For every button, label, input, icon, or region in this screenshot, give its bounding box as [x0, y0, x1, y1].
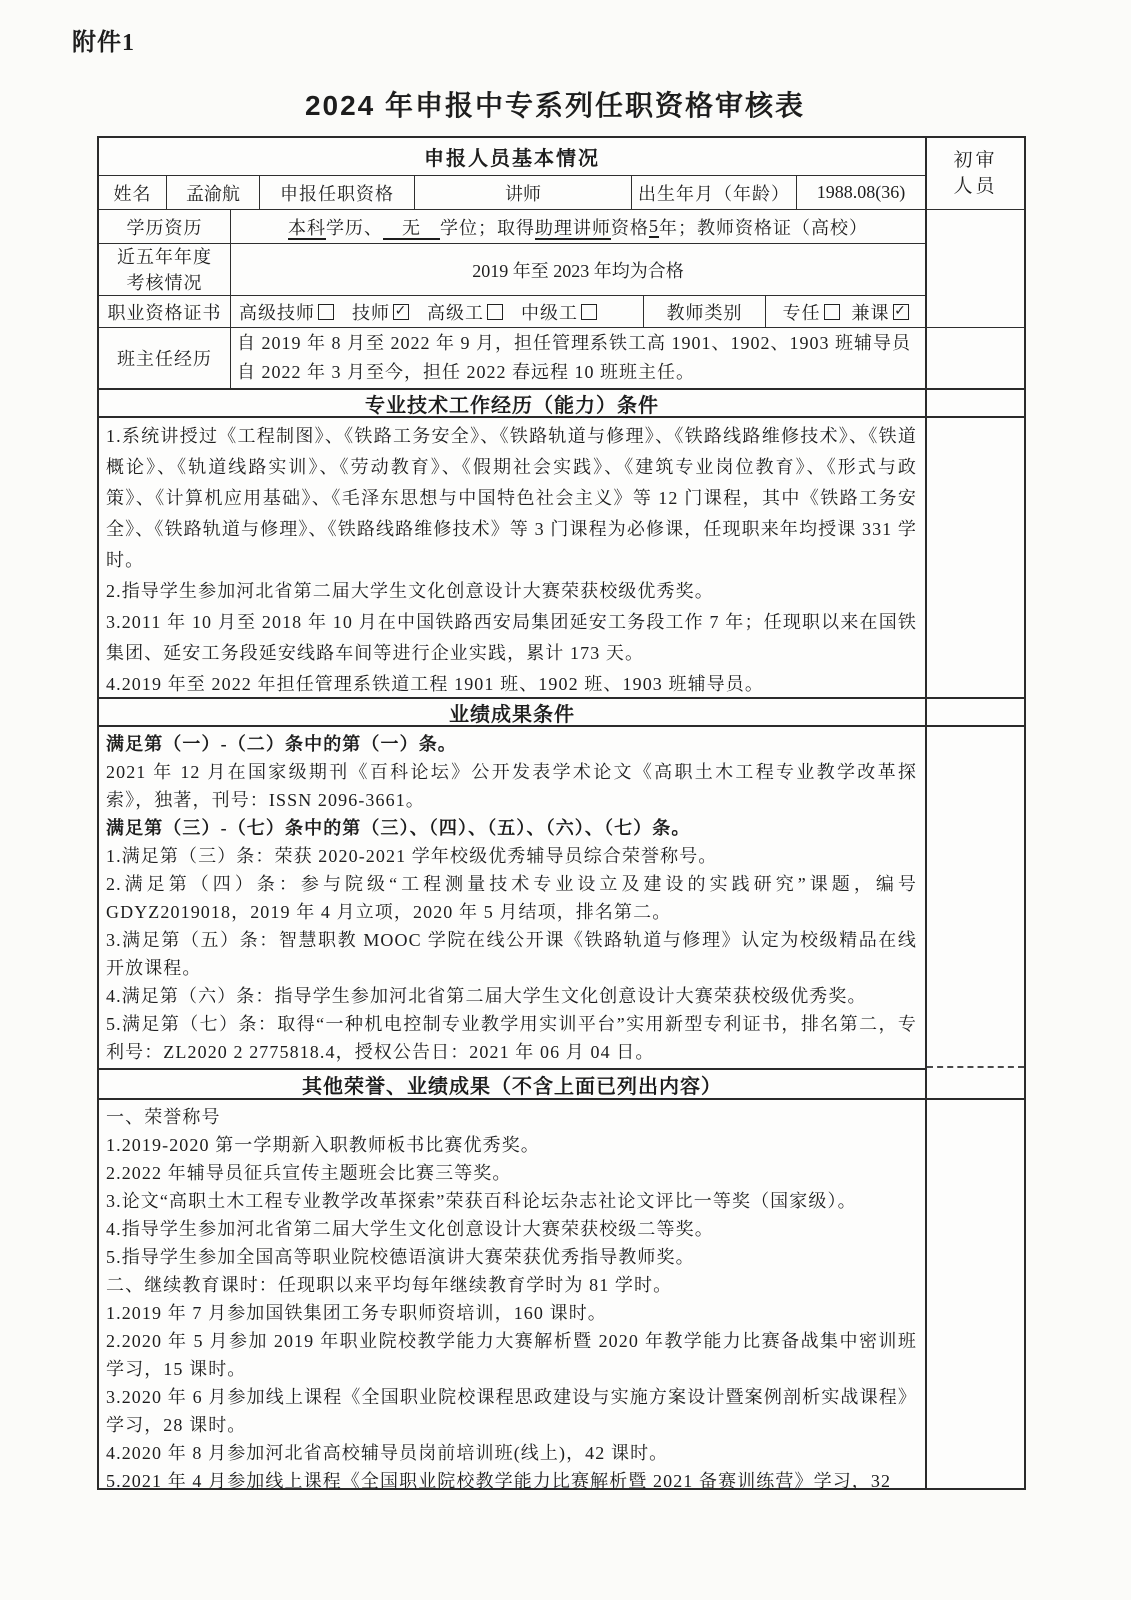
checkbox-senior-worker-box	[487, 304, 503, 320]
reviewer-cell-empty	[927, 697, 1024, 727]
tech-work-paragraph: 4.2019 年至 2022 年担任管理系铁道工程 1901 班、1902 班、…	[106, 669, 917, 697]
reviewer-column: 初审 人员	[925, 138, 1024, 1488]
checkbox-intermediate-worker: 中级工	[521, 299, 597, 325]
other-content: 一、荣誉称号 1.2019-2020 第一学期新入职教师板书比赛优秀奖。 2.2…	[99, 1100, 925, 1488]
checkbox-senior-technician-box	[318, 304, 334, 320]
section-title-other-text: 其他荣誉、业绩成果（不含上面已列出内容）	[302, 1070, 722, 1099]
performance-item: 满足第（三）-（七）条中的第（三）、（四）、（五）、（六）、（七）条。	[106, 814, 917, 842]
teacher-type-options: 专任 兼课✓	[783, 299, 909, 325]
assessment-label: 近五年年度 考核情况	[99, 244, 231, 295]
reviewer-cell-empty	[927, 328, 1024, 388]
education-seg-years: 5	[649, 216, 659, 237]
section-title-performance: 业绩成果条件	[99, 697, 925, 727]
head-teacher-line1: 自 2019 年 8 月至 2022 年 9 月，担任管理系铁工高 1901、1…	[237, 329, 911, 358]
checkbox-senior-worker-label: 高级工	[427, 299, 484, 325]
reviewer-cell-empty	[927, 1068, 1024, 1100]
other-paragraph: 5.指导学生参加全国高等职业院校德语演讲大赛荣获优秀指导教师奖。	[106, 1243, 917, 1271]
other-paragraph: 4.指导学生参加河北省第二届大学生文化创意设计大赛荣获校级二等奖。	[106, 1215, 917, 1243]
education-seg-7: 年；教师资格证（高校）	[659, 214, 868, 240]
checkbox-fulltime-label: 专任	[783, 299, 821, 325]
performance-item: 2021 年 12 月在国家级期刊《百科论坛》公开发表学术论文《高职土木工程专业…	[106, 758, 917, 814]
birth-label: 出生年月（年龄）	[632, 176, 797, 209]
vocational-cert-options: 高级技师 技师✓ 高级工 中级工	[231, 299, 597, 325]
reviewer-header-line1: 初审	[953, 148, 997, 174]
apply-qualification-value: 讲师	[415, 176, 632, 209]
other-paragraph: 2.2020 年 5 月参加 2019 年职业院校教学能力大赛解析暨 2020 …	[106, 1327, 917, 1383]
performance-item: 3.满足第（五）条：智慧职教 MOOC 学院在线公开课《铁路轨道与修理》认定为校…	[106, 926, 917, 982]
checkbox-parttime: 兼课✓	[852, 299, 909, 325]
education-seg-assistant: 助理讲师	[535, 214, 611, 240]
reviewer-cell-empty	[927, 210, 1024, 328]
checkbox-fulltime-box	[824, 304, 840, 320]
checkbox-fulltime: 专任	[783, 299, 840, 325]
name-label: 姓名	[99, 176, 167, 209]
checkbox-intermediate-worker-label: 中级工	[521, 299, 578, 325]
other-paragraph: 1.2019-2020 第一学期新入职教师板书比赛优秀奖。	[106, 1131, 917, 1159]
review-form-table: 申报人员基本情况 姓名 孟渝航 申报任职资格 讲师 出生年月（年龄） 1988.…	[97, 136, 1026, 1490]
form-main-column: 申报人员基本情况 姓名 孟渝航 申报任职资格 讲师 出生年月（年龄） 1988.…	[99, 138, 925, 1488]
education-value: 本科学历、 无 学位；取得助理讲师资格 5 年；教师资格证（高校）	[231, 210, 925, 243]
reviewer-cell-empty	[927, 388, 1024, 418]
other-paragraph: 2.2022 年辅导员征兵宣传主题班会比赛三等奖。	[106, 1159, 917, 1187]
performance-item: 2.满足第（四）条：参与院级“工程测量技术专业设立及建设的实践研究”课题，编号 …	[106, 870, 917, 926]
tech-work-paragraph: 3.2011 年 10 月至 2018 年 10 月在中国铁路西安局集团延安工务…	[106, 607, 917, 669]
tech-work-content: 1.系统讲授过《工程制图》、《铁路工务安全》、《铁路轨道与修理》、《铁路线路维修…	[99, 418, 925, 697]
education-seg-1: 学历、	[326, 214, 383, 240]
checkbox-technician-label: 技师	[352, 299, 390, 325]
other-paragraph: 1.2019 年 7 月参加国铁集团工务专职师资培训，160 课时。	[106, 1299, 917, 1327]
head-teacher-label: 班主任经历	[99, 328, 231, 388]
attachment-label: 附件1	[72, 22, 135, 57]
checkbox-senior-technician: 高级技师	[239, 299, 334, 325]
performance-item: 满足第（一）-（二）条中的第（一）条。	[106, 730, 917, 758]
assessment-label-line2: 考核情况	[127, 270, 203, 296]
performance-content: 满足第（一）-（二）条中的第（一）条。 2021 年 12 月在国家级期刊《百科…	[99, 727, 925, 1068]
section-title-performance-text: 业绩成果条件	[449, 698, 575, 727]
education-seg-degree1: 本科	[288, 214, 326, 240]
performance-item: 1.满足第（三）条：荣获 2020-2021 学年校级优秀辅导员综合荣誉称号。	[106, 842, 917, 870]
checkbox-senior-worker: 高级工	[427, 299, 503, 325]
checkbox-technician: 技师✓	[352, 299, 409, 325]
section-title-tech-work: 专业技术工作经历（能力）条件	[99, 388, 925, 418]
other-paragraph: 5.2021 年 4 月参加线上课程《全国职业院校教学能力比赛解析暨 2021 …	[106, 1467, 917, 1488]
reviewer-cell-empty	[927, 418, 1024, 697]
education-seg-none: 无	[383, 214, 440, 240]
education-seg-5: 资格	[611, 214, 649, 240]
assessment-label-line1: 近五年年度	[117, 244, 212, 270]
section-title-tech-work-text: 专业技术工作经历（能力）条件	[365, 389, 659, 418]
head-teacher-line2: 自 2022 年 3 月至今，担任 2022 春远程 10 班班主任。	[237, 358, 695, 387]
other-paragraph: 4.2020 年 8 月参加河北省高校辅导员岗前培训班(线上)，42 课时。	[106, 1439, 917, 1467]
page-title: 2024 年申报中专系列任职资格审核表	[0, 84, 1110, 124]
other-paragraph: 二、继续教育课时：任现职以来平均每年继续教育学时为 81 学时。	[106, 1271, 917, 1299]
reviewer-cell-empty	[927, 1100, 1024, 1488]
checkbox-parttime-label: 兼课	[852, 299, 890, 325]
education-label: 学历资历	[99, 210, 231, 243]
birth-value: 1988.08(36)	[797, 176, 925, 209]
name-value: 孟渝航	[167, 176, 260, 209]
vocational-cert-label: 职业资格证书	[99, 296, 231, 327]
teacher-type-label: 教师类别	[644, 296, 766, 327]
apply-qualification-label: 申报任职资格	[260, 176, 415, 209]
section-title-basic-info: 申报人员基本情况	[99, 138, 925, 175]
reviewer-cell-empty	[927, 727, 1024, 1068]
head-teacher-value: 自 2019 年 8 月至 2022 年 9 月，担任管理系铁工高 1901、1…	[231, 328, 925, 388]
checkbox-senior-technician-label: 高级技师	[239, 299, 315, 325]
checkmark-icon: ✓	[393, 304, 409, 320]
education-seg-3: 学位；取得	[440, 214, 535, 240]
checkbox-intermediate-worker-box	[581, 304, 597, 320]
performance-item: 4.满足第（六）条：指导学生参加河北省第二届大学生文化创意设计大赛荣获校级优秀奖…	[106, 982, 917, 1010]
reviewer-column-header: 初审 人员	[927, 138, 1024, 210]
tech-work-paragraph: 1.系统讲授过《工程制图》、《铁路工务安全》、《铁路轨道与修理》、《铁路线路维修…	[106, 421, 917, 576]
other-paragraph: 3.2020 年 6 月参加线上课程《全国职业院校课程思政建设与实施方案设计暨案…	[106, 1383, 917, 1439]
other-paragraph: 一、荣誉称号	[106, 1103, 917, 1131]
checkmark-icon: ✓	[893, 304, 909, 320]
performance-item: 5.满足第（七）条：取得“一种机电控制专业教学用实训平台”实用新型专利证书，排名…	[106, 1010, 917, 1066]
tech-work-paragraph: 2.指导学生参加河北省第二届大学生文化创意设计大赛荣获校级优秀奖。	[106, 576, 917, 607]
reviewer-header-line2: 人员	[953, 174, 997, 200]
section-title-other: 其他荣誉、业绩成果（不含上面已列出内容）	[99, 1068, 925, 1100]
other-paragraph: 3.论文“高职土木工程专业教学改革探索”荣获百科论坛杂志社论文评比一等奖（国家级…	[106, 1187, 917, 1215]
assessment-value: 2019 年至 2023 年均为合格	[231, 244, 925, 295]
